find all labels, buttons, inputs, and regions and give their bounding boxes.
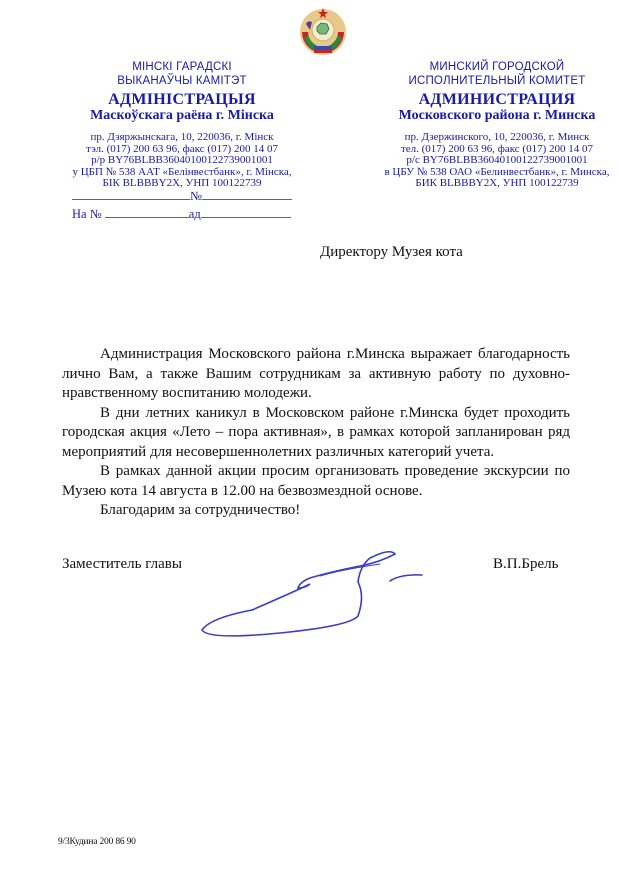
account-line: р/р BY76BLBB36040100122739001001: [62, 155, 302, 167]
district-name: Маскоўскага раёна г. Мінска: [62, 108, 302, 124]
signer-role: Заместитель главы: [62, 556, 182, 573]
bic-line: БИК BLBBBY2X, УНП 100122739: [372, 178, 619, 190]
ref-number-blank: [105, 206, 189, 218]
address-line: пр. Дзяржынскага, 10, 220036, г. Мінск: [62, 132, 302, 144]
number-label: №: [190, 189, 202, 203]
org-name-line1: МИНСКИЙ ГОРОДСКОЙ: [372, 60, 619, 74]
letterhead-belarusian: МІНСКІ ГАРАДСКІ ВЫКАНАЎЧЫ КАМІТЭТ АДМІНІ…: [62, 60, 302, 190]
belarus-coat-of-arms-icon: [298, 2, 348, 58]
district-name: Московского района г. Минска: [372, 108, 619, 124]
reference-number-line: На № ад: [72, 206, 300, 222]
handwritten-signature: [190, 548, 510, 638]
outgoing-number-line: №: [72, 188, 300, 204]
address-line: пр. Дзержинского, 10, 220036, г. Минск: [372, 132, 619, 144]
executor-info: 9/3Кудина 200 86 90: [58, 837, 136, 847]
signer-name: В.П.Брель: [493, 556, 558, 573]
paragraph: В дни летних каникул в Московском районе…: [62, 404, 570, 463]
address-block: пр. Дзержинского, 10, 220036, г. Минск т…: [372, 132, 619, 190]
from-label: ад: [189, 207, 201, 221]
paragraph: Благодарим за сотрудничество!: [62, 501, 570, 521]
paragraph: В рамках данной акции просим организоват…: [62, 462, 570, 501]
addressee: Директору Музея кота: [320, 244, 463, 261]
paragraph: Администрация Московского района г.Минск…: [62, 345, 570, 404]
org-name-line2: ИСПОЛНИТЕЛЬНЫЙ КОМИТЕТ: [372, 74, 619, 88]
admin-title: АДМИНИСТРАЦИЯ: [372, 91, 619, 108]
letterhead-russian: МИНСКИЙ ГОРОДСКОЙ ИСПОЛНИТЕЛЬНЫЙ КОМИТЕТ…: [372, 60, 619, 190]
org-name-line2: ВЫКАНАЎЧЫ КАМІТЭТ: [62, 74, 302, 88]
org-name-line1: МІНСКІ ГАРАДСКІ: [62, 60, 302, 74]
number-blank: [202, 188, 292, 200]
admin-title: АДМІНІСТРАЦЫЯ: [62, 91, 302, 108]
address-block: пр. Дзяржынскага, 10, 220036, г. Мінск т…: [62, 132, 302, 190]
account-line: р/с BY76BLBB36040100122739001001: [372, 155, 619, 167]
date-blank: [72, 188, 190, 200]
ref-date-blank: [201, 206, 291, 218]
ref-label: На №: [72, 207, 102, 221]
letter-body: Администрация Московского района г.Минск…: [62, 345, 570, 521]
